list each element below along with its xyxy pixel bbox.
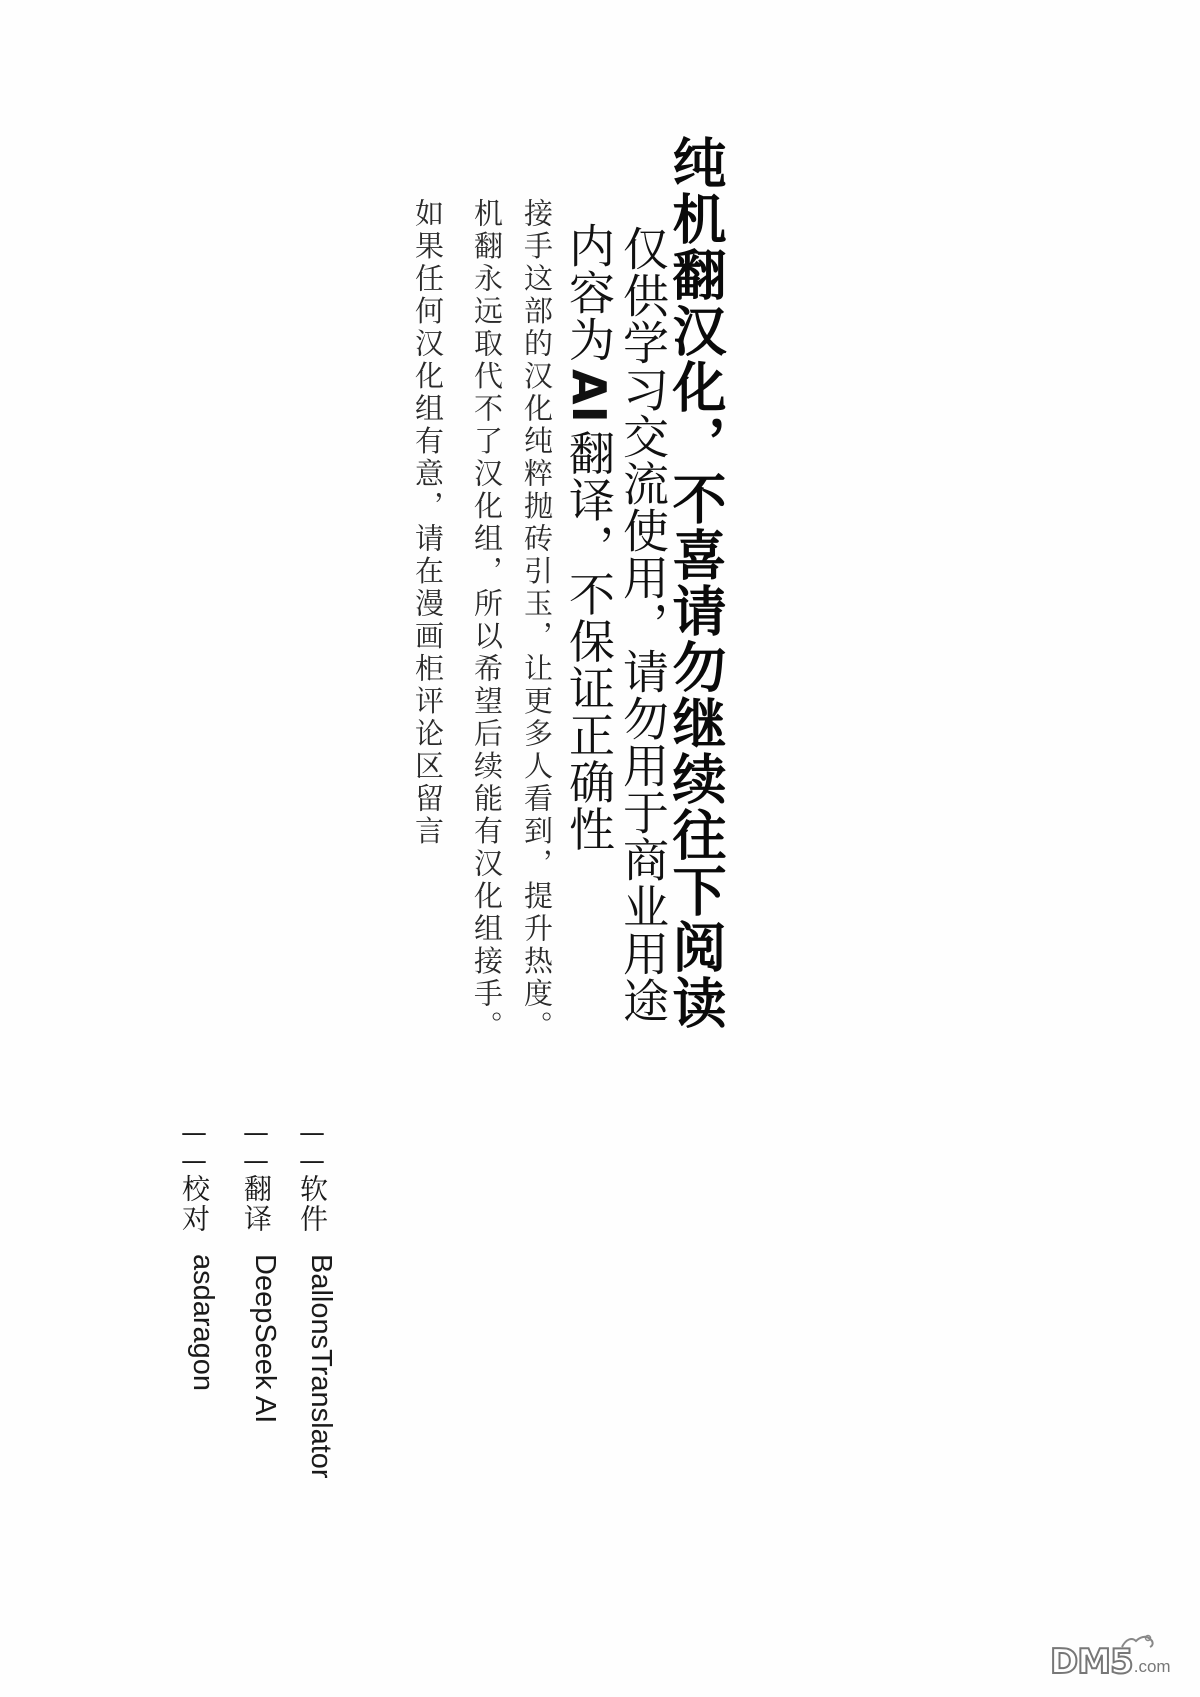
credit-dash: —— xyxy=(243,1118,269,1174)
credit-software: ——软件BallonsTranslator xyxy=(298,1118,335,1479)
credit-dash: —— xyxy=(299,1118,325,1174)
message-line-2: 机翻永远取代不了汉化组，所以希望后续能有汉化组接手。 xyxy=(472,198,501,1043)
credit-role: 校对 xyxy=(178,1174,211,1234)
credit-proofreading: ——校对asdaragon xyxy=(180,1118,217,1391)
notice-usage-line: 仅供学习交流使用，请勿用于商业用途 xyxy=(620,225,666,1024)
notice-ai-line-pre: 内容为 xyxy=(562,222,616,363)
notice-ai-line-post: 翻译，不保证正确性 xyxy=(562,430,616,853)
credit-name: asdaragon xyxy=(188,1254,217,1391)
mascot-icon xyxy=(1120,1633,1156,1649)
notice-ai-label: AI xyxy=(562,369,616,424)
manga-credit-page: 纯机翻汉化，不喜请勿继续往下阅读 仅供学习交流使用，请勿用于商业用途 内容为AI… xyxy=(0,0,1200,1697)
credit-role: 软件 xyxy=(296,1174,329,1234)
credit-name: BallonsTranslator xyxy=(306,1254,335,1479)
credit-dash: —— xyxy=(181,1118,207,1174)
credit-translation: ——翻译DeepSeek AI xyxy=(242,1118,279,1423)
credit-name: DeepSeek AI xyxy=(250,1254,279,1423)
notice-title: 纯机翻汉化，不喜请勿继续往下阅读 xyxy=(668,135,722,1031)
watermark-domain: .com xyxy=(1134,1657,1171,1677)
message-line-1: 接手这部的汉化纯粹抛砖引玉，让更多人看到，提升热度。 xyxy=(522,198,551,1043)
credit-role: 翻译 xyxy=(240,1174,273,1234)
message-line-3: 如果任何汉化组有意，请在漫画柜评论区留言 xyxy=(413,198,442,848)
watermark-brand: DM5 xyxy=(1050,1645,1133,1679)
dm5-watermark: DM5 .com xyxy=(1050,1645,1171,1679)
notice-ai-line: 内容为AI翻译，不保证正确性 xyxy=(566,222,612,853)
